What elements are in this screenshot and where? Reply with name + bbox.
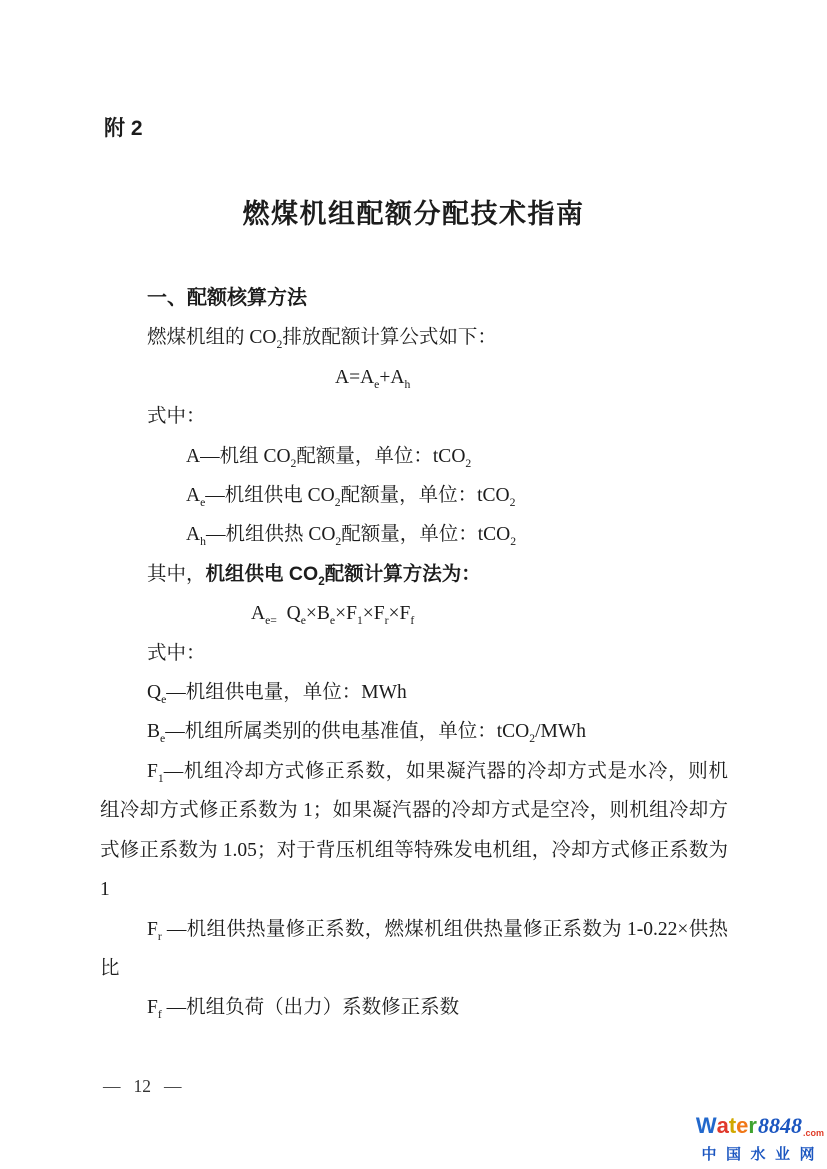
watermark-letter-w: W — [696, 1114, 717, 1138]
definition-f1: F1—机组冷却方式修正系数，如果凝汽器的冷却方式是水冷，则机组冷却方式修正系数为… — [100, 752, 728, 910]
watermark-letter-t: t — [729, 1114, 736, 1138]
watermark-domain: .com — [803, 1121, 824, 1145]
watermark-number: 8848 — [758, 1114, 802, 1138]
definition-be: Be—机组所属类别的供电基准值，单位：tCO2/MWh — [100, 712, 728, 751]
watermark-brand-row: W a t e r 8848 .com — [696, 1114, 824, 1142]
attachment-label: 附 2 — [104, 112, 143, 142]
definition-a: A—机组 CO2配额量，单位：tCO2 — [100, 437, 728, 476]
section-heading: 一、配额核算方法 — [100, 279, 728, 318]
formula-total: A=Ae+Ah — [100, 358, 728, 397]
document-body: 一、配额核算方法 燃煤机组的 CO2排放配额计算公式如下： A=Ae+Ah 式中… — [100, 279, 728, 1028]
where-label-1: 式中： — [100, 397, 728, 436]
page-title: 燃煤机组配额分配技术指南 — [0, 192, 827, 231]
paragraph-among: 其中，机组供电 CO2配额计算方法为： — [100, 555, 728, 594]
page-footer: — 12 — — [103, 1076, 182, 1097]
watermark-letter-a: a — [717, 1114, 729, 1138]
among-bold-text: 机组供电 CO2配额计算方法为： — [206, 563, 481, 585]
watermark-site-name: 中国水业网 — [696, 1143, 824, 1164]
watermark-letter-e: e — [736, 1114, 748, 1138]
definition-ah: Ah—机组供热 CO2配额量，单位：tCO2 — [100, 515, 728, 554]
formula-ae: Ae= Qe×Be×F1×Fr×Ff — [100, 594, 728, 633]
document-page: 附 2 燃煤机组配额分配技术指南 一、配额核算方法 燃煤机组的 CO2排放配额计… — [0, 0, 827, 1169]
where-label-2: 式中： — [100, 634, 728, 673]
paragraph-intro: 燃煤机组的 CO2排放配额计算公式如下： — [100, 318, 728, 357]
footer-dash-left: — — [103, 1076, 121, 1097]
watermark-letter-r: r — [748, 1114, 757, 1138]
among-prefix: 其中， — [147, 564, 206, 585]
definition-fr: Fr —机组供热量修正系数，燃煤机组供热量修正系数为 1-0.22×供热比 — [100, 910, 728, 989]
definition-ae: Ae—机组供电 CO2配额量，单位：tCO2 — [100, 476, 728, 515]
definition-qe: Qe—机组供电量，单位：MWh — [100, 673, 728, 712]
definition-ff: Ff —机组负荷（出力）系数修正系数 — [100, 988, 728, 1027]
footer-dash-right: — — [164, 1076, 182, 1097]
page-number: 12 — [134, 1076, 152, 1097]
watermark-logo: W a t e r 8848 .com 中国水业网 — [696, 1114, 824, 1164]
